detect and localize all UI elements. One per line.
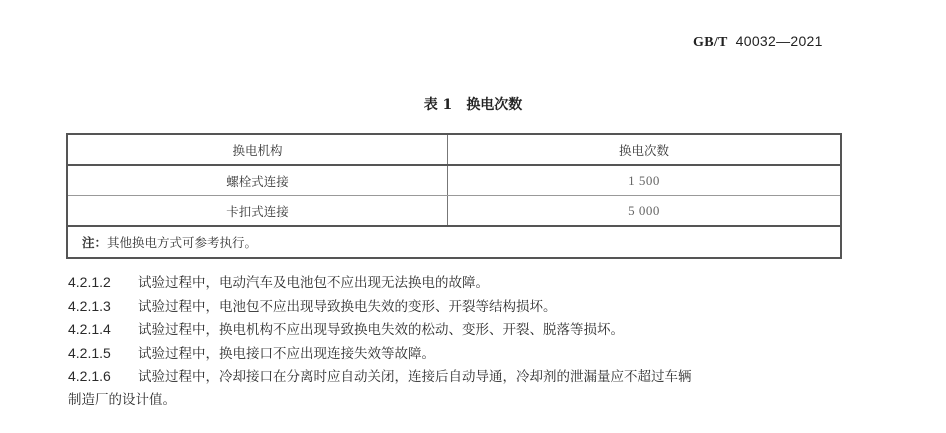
table-number: 表 1 bbox=[424, 97, 453, 113]
clause-number: 4.2.1.2 bbox=[68, 271, 138, 295]
clause-text: 试验过程中，电动汽车及电池包不应出现无法换电的故障。 bbox=[138, 275, 489, 291]
clause-number: 4.2.1.6 bbox=[68, 365, 138, 389]
note-label: 注： bbox=[82, 235, 107, 250]
clause-list: 4.2.1.2试验过程中，电动汽车及电池包不应出现无法换电的故障。 4.2.1.… bbox=[68, 271, 692, 412]
table-row: 螺栓式连接 1 500 bbox=[67, 165, 841, 196]
clause-number: 4.2.1.3 bbox=[68, 295, 138, 319]
clause-number: 4.2.1.4 bbox=[68, 318, 138, 342]
standard-prefix: GB/T bbox=[693, 35, 728, 50]
clause-item: 4.2.1.6试验过程中，冷却接口在分离时应自动关闭，连接后自动导通，冷却剂的泄… bbox=[68, 365, 692, 389]
cell-mechanism: 螺栓式连接 bbox=[67, 165, 448, 196]
clause-number: 4.2.1.5 bbox=[68, 342, 138, 366]
clause-text: 试验过程中，换电机构不应出现导致换电失效的松动、变形、开裂、脱落等损坏。 bbox=[138, 322, 624, 338]
cell-mechanism: 卡扣式连接 bbox=[67, 196, 448, 227]
clause-item: 4.2.1.2试验过程中，电动汽车及电池包不应出现无法换电的故障。 bbox=[68, 271, 692, 295]
standard-number: GB/T40032—2021 bbox=[693, 33, 823, 51]
clause-item: 4.2.1.3试验过程中，电池包不应出现导致换电失效的变形、开裂等结构损坏。 bbox=[68, 295, 692, 319]
cell-count: 1 500 bbox=[448, 165, 842, 196]
note-text: 其他换电方式可参考执行。 bbox=[107, 235, 257, 250]
table-caption: 换电次数 bbox=[466, 97, 522, 113]
column-header-mechanism: 换电机构 bbox=[67, 134, 448, 165]
clause-text: 试验过程中，换电接口不应出现连接失效等故障。 bbox=[138, 346, 435, 362]
table-note: 注：其他换电方式可参考执行。 bbox=[67, 226, 841, 258]
clause-continuation: 制造厂的设计值。 bbox=[68, 389, 692, 413]
table-header-row: 换电机构 换电次数 bbox=[67, 134, 841, 165]
clause-text: 试验过程中，冷却接口在分离时应自动关闭，连接后自动导通，冷却剂的泄漏量应不超过车… bbox=[138, 369, 692, 385]
table-title: 表 1换电次数 bbox=[0, 94, 946, 114]
standard-code: 40032—2021 bbox=[736, 33, 823, 49]
clause-text: 试验过程中，电池包不应出现导致换电失效的变形、开裂等结构损坏。 bbox=[138, 299, 557, 315]
clause-item: 4.2.1.5试验过程中，换电接口不应出现连接失效等故障。 bbox=[68, 342, 692, 366]
clause-item: 4.2.1.4试验过程中，换电机构不应出现导致换电失效的松动、变形、开裂、脱落等… bbox=[68, 318, 692, 342]
column-header-count: 换电次数 bbox=[448, 134, 842, 165]
swap-count-table: 换电机构 换电次数 螺栓式连接 1 500 卡扣式连接 5 000 注：其他换电… bbox=[66, 133, 842, 259]
table-note-row: 注：其他换电方式可参考执行。 bbox=[67, 226, 841, 258]
cell-count: 5 000 bbox=[448, 196, 842, 227]
table-row: 卡扣式连接 5 000 bbox=[67, 196, 841, 227]
